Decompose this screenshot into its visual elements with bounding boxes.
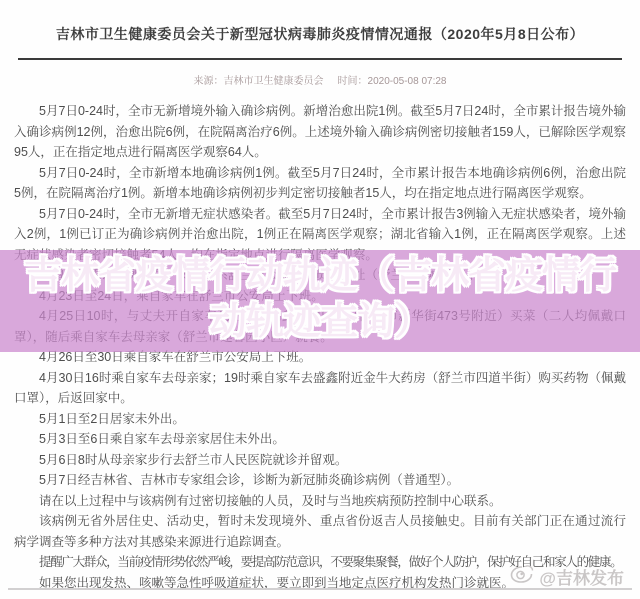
page-title: 吉林市卫生健康委员会关于新型冠状病毒肺炎疫情情况通报（2020年5月8日公布）: [0, 24, 640, 44]
meta-line: 来源：吉林市卫生健康委员会时间：2020-05-08 07:28: [0, 72, 640, 87]
article-paragraph: 5月3日至6日乘自家车去母亲家居住未外出。: [14, 429, 626, 450]
seo-overlay-band: 吉林省疫情行动轨迹（吉林省疫情行 动轨迹查询）: [0, 250, 640, 352]
watermark-handle: @吉林发布: [539, 564, 624, 589]
source-text: 来源：吉林市卫生健康委员会: [194, 76, 324, 87]
article-paragraph: 5月7日经吉林省、吉林市专家组会诊，诊断为新冠肺炎确诊病例（普通型）。: [14, 470, 626, 491]
article-paragraph: 请在以上过程中与该病例有过密切接触的人员，及时与当地疾病预防控制中心联系。: [14, 491, 626, 512]
article-paragraph: 5月6日8时从母亲家步行去舒兰市人民医院就诊并留观。: [14, 450, 626, 471]
article-paragraph: 5月7日0-24时，全市新增本地确诊病例1例。截至5月7日24时，全市累计报告本…: [14, 163, 626, 204]
weibo-watermark: @吉林发布: [509, 563, 624, 589]
time-text: 时间：2020-05-08 07:28: [338, 76, 447, 87]
article-paragraph: 5月1日至2日居家未外出。: [14, 409, 626, 430]
title-divider: [18, 58, 622, 60]
article-paragraph: 该病例无省外居住史、活动史，暂时未发现境外、重点省份返吉人员接触史。目前有关部门…: [14, 511, 626, 552]
weibo-eye-icon: [509, 563, 535, 589]
notice-page: 吉林市卫生健康委员会关于新型冠状病毒肺炎疫情情况通报（2020年5月8日公布） …: [0, 0, 640, 599]
article-paragraph: 5月7日0-24时，全市无新增境外输入确诊病例。新增治愈出院1例。截至5月7日2…: [14, 101, 626, 163]
article-paragraph: 4月30日16时乘自家车去母亲家；19时乘自家车去盛鑫附近金牛大药房（舒兰市四道…: [14, 368, 626, 409]
seo-overlay-title-line2: 动轨迹查询）: [0, 299, 640, 345]
seo-overlay-title: 吉林省疫情行动轨迹（吉林省疫情行 动轨迹查询）: [0, 253, 640, 345]
seo-overlay-title-line1: 吉林省疫情行动轨迹（吉林省疫情行: [0, 253, 640, 299]
